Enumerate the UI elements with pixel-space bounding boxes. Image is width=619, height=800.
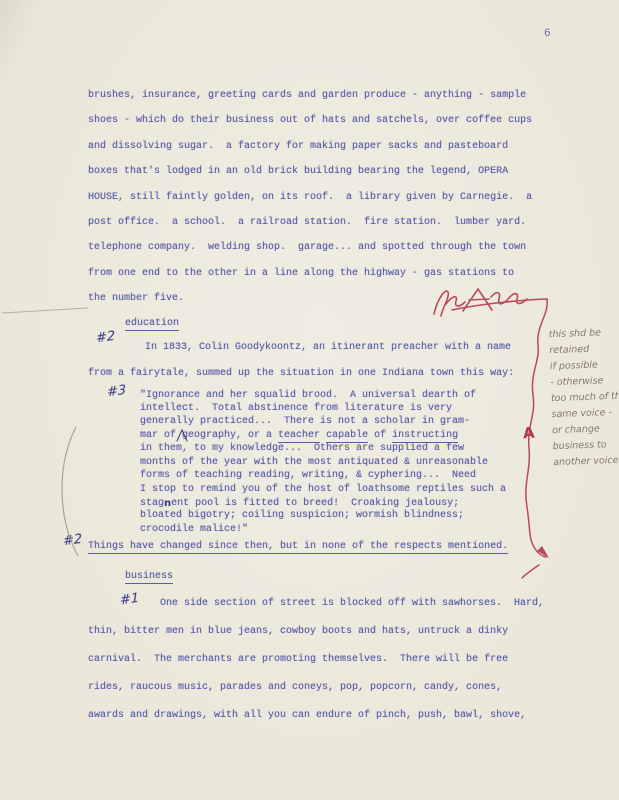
sentence-text: Things have changed since then, but in n… xyxy=(88,541,508,554)
section-heading-business: business xyxy=(125,571,173,583)
underlined-sentence: Things have changed since then, but in n… xyxy=(88,541,508,553)
typed-line: One side section of street is blocked of… xyxy=(160,598,544,610)
quote-line: in them, to my knowledge... Others are s… xyxy=(140,443,464,455)
quote-line: crocodile malice!" xyxy=(140,524,248,536)
typed-line: post office. a school. a railroad statio… xyxy=(88,217,526,229)
quote-line: generally practiced... There is not a sc… xyxy=(140,416,470,428)
pencil-margin-line xyxy=(2,308,88,313)
red-scribble-mark xyxy=(434,289,547,316)
typed-line: boxes that's lodged in an old brick buil… xyxy=(88,166,508,178)
section-heading-education: education xyxy=(125,318,179,330)
typed-line: from one end to the other in a line alon… xyxy=(88,268,514,280)
typed-line: brushes, insurance, greeting cards and g… xyxy=(88,90,526,102)
quote-line: I stop to remind you of the host of loat… xyxy=(140,484,506,496)
typed-line: carnival. The merchants are promoting th… xyxy=(88,654,508,666)
quote-line: "Ignorance and her squalid brood. A univ… xyxy=(140,390,476,402)
red-arrowhead-icon xyxy=(537,546,549,558)
typed-line: from a fairytale, summed up the situatio… xyxy=(88,368,514,380)
red-letter-label: A xyxy=(522,424,535,443)
quote-line-with-correction: stagnent pool is fitted to breed! Croaki… xyxy=(140,497,459,510)
typed-line: shoes - which do their business out of h… xyxy=(88,115,532,127)
typed-line: HOUSE, still faintly golden, on its roof… xyxy=(88,192,532,204)
quote-line-with-underlines: mar of geography, or a teacher capable o… xyxy=(140,430,458,442)
quote-segment: mar of geography, or a xyxy=(140,430,278,441)
underlined-word: teacher xyxy=(278,430,320,443)
page-number: 6 xyxy=(544,28,551,40)
heading-text: business xyxy=(125,571,173,584)
handwritten-mark-1: #1 xyxy=(120,591,140,609)
manuscript-page: 6 brushes, insurance, greeting cards and… xyxy=(0,0,619,800)
quote-line: forms of teaching reading, writing, & cy… xyxy=(140,470,476,482)
margin-note-line: same voice - xyxy=(551,405,618,423)
margin-note-line: another voice xyxy=(553,453,619,471)
quote-segment: ent pool is fitted to breed! Croaking je… xyxy=(171,498,459,509)
handwritten-letter-correction: n xyxy=(164,498,171,510)
handwritten-mark-2b: #2 xyxy=(63,532,83,550)
handwritten-mark-3: #3 xyxy=(107,383,127,401)
typed-line: awards and drawings, with all you can en… xyxy=(88,710,526,722)
quote-line: months of the year with the most antiqua… xyxy=(140,457,488,469)
typed-line: the number five. xyxy=(88,293,184,305)
typed-line: In 1833, Colin Goodykoontz, an itinerant… xyxy=(145,342,511,354)
pencil-margin-note: this shd be retained if possible - other… xyxy=(549,325,619,471)
underlined-word: instructing xyxy=(392,430,458,443)
quote-line: intellect. Total abstinence from literat… xyxy=(140,403,452,415)
typed-line: telephone company. welding shop. garage.… xyxy=(88,242,526,254)
typed-line: and dissolving sugar. a factory for maki… xyxy=(88,141,508,153)
handwritten-mark-2: #2 xyxy=(96,329,116,347)
quote-line: bloated bigotry; coiling suspicion; worm… xyxy=(140,510,464,522)
underlined-word: capable xyxy=(326,430,368,443)
typed-line: rides, raucous music, parades and coneys… xyxy=(88,682,502,694)
typed-line: thin, bitter men in blue jeans, cowboy b… xyxy=(88,626,508,638)
heading-text: education xyxy=(125,318,179,331)
quote-segment: of xyxy=(368,430,392,441)
quote-segment: stag xyxy=(140,498,164,509)
